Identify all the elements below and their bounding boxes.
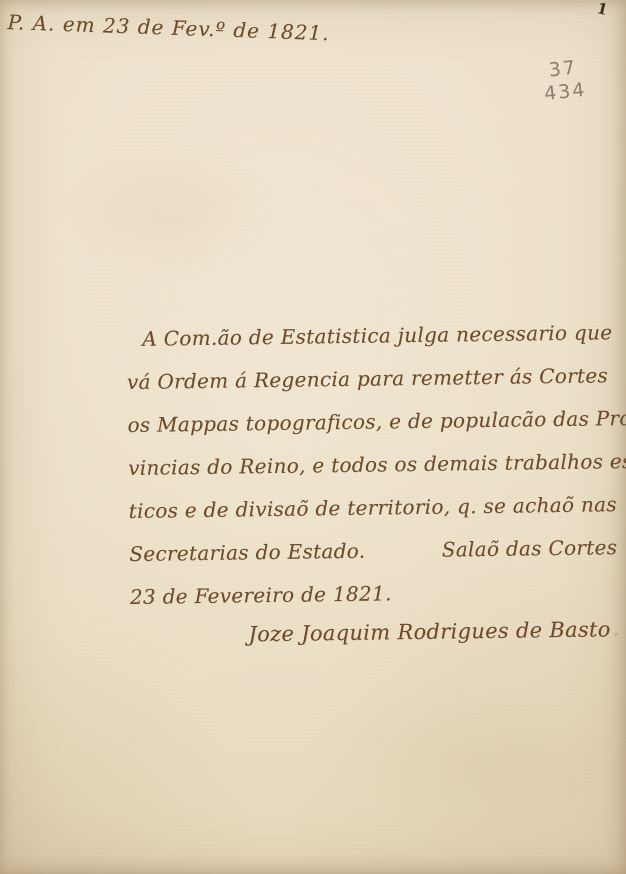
archival-date-annotation: P. A. em 23 de Fev.º de 1821.	[7, 10, 330, 45]
manuscript-line-left: Secretarias do Estado.	[129, 530, 366, 576]
paper-stain	[340, 680, 600, 840]
page-corner-mark: 1	[595, 0, 609, 19]
paper-stain	[60, 140, 280, 280]
signature-line: Joze Joaquim Rodrigues de Basto	[248, 606, 619, 657]
manuscript-line-right: Salaõ das Cortes	[441, 526, 617, 571]
manuscript-body: A Com.ão de Estatistica julga necessario…	[126, 311, 619, 659]
signature-flourish	[613, 621, 619, 647]
manuscript-line: os Mappas topograficos, e de populacão d…	[127, 397, 616, 447]
manuscript-line: vá Ordem á Regencia para remetter ás Cor…	[127, 354, 616, 404]
manuscript-line: A Com.ão de Estatistica julga necessario…	[126, 311, 615, 361]
archival-number-bottom: 434	[543, 79, 587, 106]
manuscript-line: Secretarias do Estado. Salaõ das Cortes	[129, 526, 618, 576]
signature: Joze Joaquim Rodrigues de Basto	[248, 608, 611, 656]
manuscript-page: P. A. em 23 de Fev.º de 1821. 1 37 434 A…	[0, 0, 626, 874]
manuscript-line: vincias do Reino, e todos os demais trab…	[128, 440, 617, 490]
manuscript-line: ticos e de divisaõ de territorio, q. se …	[128, 483, 617, 533]
archival-numbers: 37 434	[541, 56, 588, 106]
